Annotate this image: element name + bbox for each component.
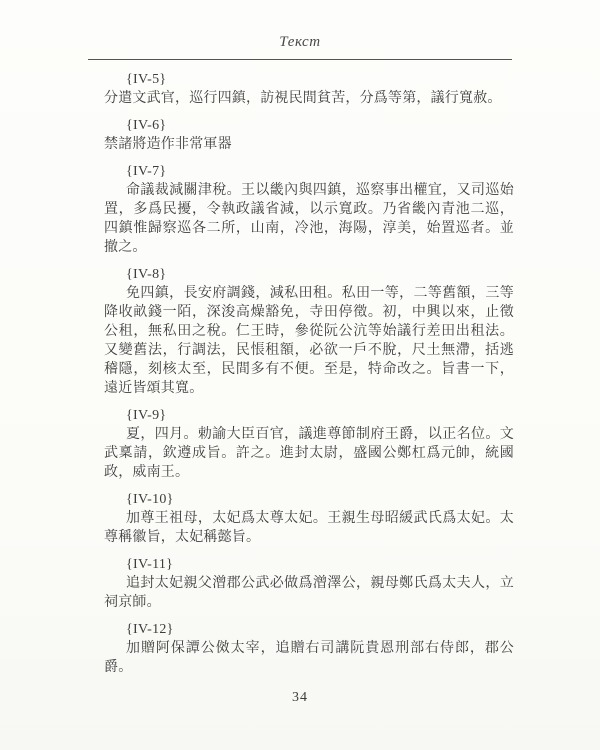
section-text: 加尊王祖母，太妃爲太尊太妃。王親生母昭緩武氏爲太妃。太尊稱徽旨，太妃稱懿旨。	[104, 509, 514, 547]
section-marker: {IV-7}	[104, 162, 514, 181]
section-marker: {IV-9}	[104, 406, 514, 425]
section-text: 夏，四月。勅諭大臣百官，議進尊節制府王爵，以正名位。文武稟請，欽遵成旨。許之。進…	[104, 425, 514, 482]
section-marker: {IV-5}	[104, 70, 514, 89]
section-iv-5: {IV-5} 分遣文武官，巡行四鎮，訪視民間貧苦，分爲等第，議行寬赦。	[104, 70, 514, 108]
section-marker: {IV-10}	[104, 490, 514, 509]
section-marker: {IV-11}	[104, 555, 514, 574]
section-iv-8: {IV-8} 免四鎮，長安府調錢，減私田租。私田一等，二等舊額，三等降收畝錢一陌…	[104, 265, 514, 398]
section-marker: {IV-12}	[104, 620, 514, 639]
section-iv-6: {IV-6} 禁諸將造作非常軍器	[104, 116, 514, 154]
section-iv-7: {IV-7} 命議裁減關津稅。王以畿內與四鎮，巡察事出權宜，又司巡始置，多爲民擾…	[104, 162, 514, 257]
section-text: 禁諸將造作非常軍器	[104, 135, 514, 154]
running-header: Текст	[0, 34, 600, 51]
section-iv-12: {IV-12} 加贈阿保譚公傚太宰，追贈右司講阮貴恩刑部右侍郎，郡公爵。	[104, 620, 514, 677]
page-number: 34	[0, 690, 600, 706]
section-text: 命議裁減關津稅。王以畿內與四鎮，巡察事出權宜，又司巡始置，多爲民擾，令執政議省減…	[104, 181, 514, 257]
header-rule	[88, 59, 512, 60]
section-text: 免四鎮，長安府調錢，減私田租。私田一等，二等舊額，三等降收畝錢一陌，深浚高燥豁免…	[104, 284, 514, 398]
section-iv-10: {IV-10} 加尊王祖母，太妃爲太尊太妃。王親生母昭緩武氏爲太妃。太尊稱徽旨，…	[104, 490, 514, 547]
section-text: 追封太妃親父潧郡公武必做爲潧澤公，親母鄭氏爲太夫人，立祠京師。	[104, 574, 514, 612]
section-marker: {IV-6}	[104, 116, 514, 135]
document-page: Текст {IV-5} 分遣文武官，巡行四鎮，訪視民間貧苦，分爲等第，議行寬赦…	[0, 0, 600, 750]
section-iv-11: {IV-11} 追封太妃親父潧郡公武必做爲潧澤公，親母鄭氏爲太夫人，立祠京師。	[104, 555, 514, 612]
section-text: 分遣文武官，巡行四鎮，訪視民間貧苦，分爲等第，議行寬赦。	[104, 89, 514, 108]
section-text: 加贈阿保譚公傚太宰，追贈右司講阮貴恩刑部右侍郎，郡公爵。	[104, 639, 514, 677]
page-content: {IV-5} 分遣文武官，巡行四鎮，訪視民間貧苦，分爲等第，議行寬赦。 {IV-…	[104, 70, 514, 677]
section-marker: {IV-8}	[104, 265, 514, 284]
section-iv-9: {IV-9} 夏，四月。勅諭大臣百官，議進尊節制府王爵，以正名位。文武稟請，欽遵…	[104, 406, 514, 482]
